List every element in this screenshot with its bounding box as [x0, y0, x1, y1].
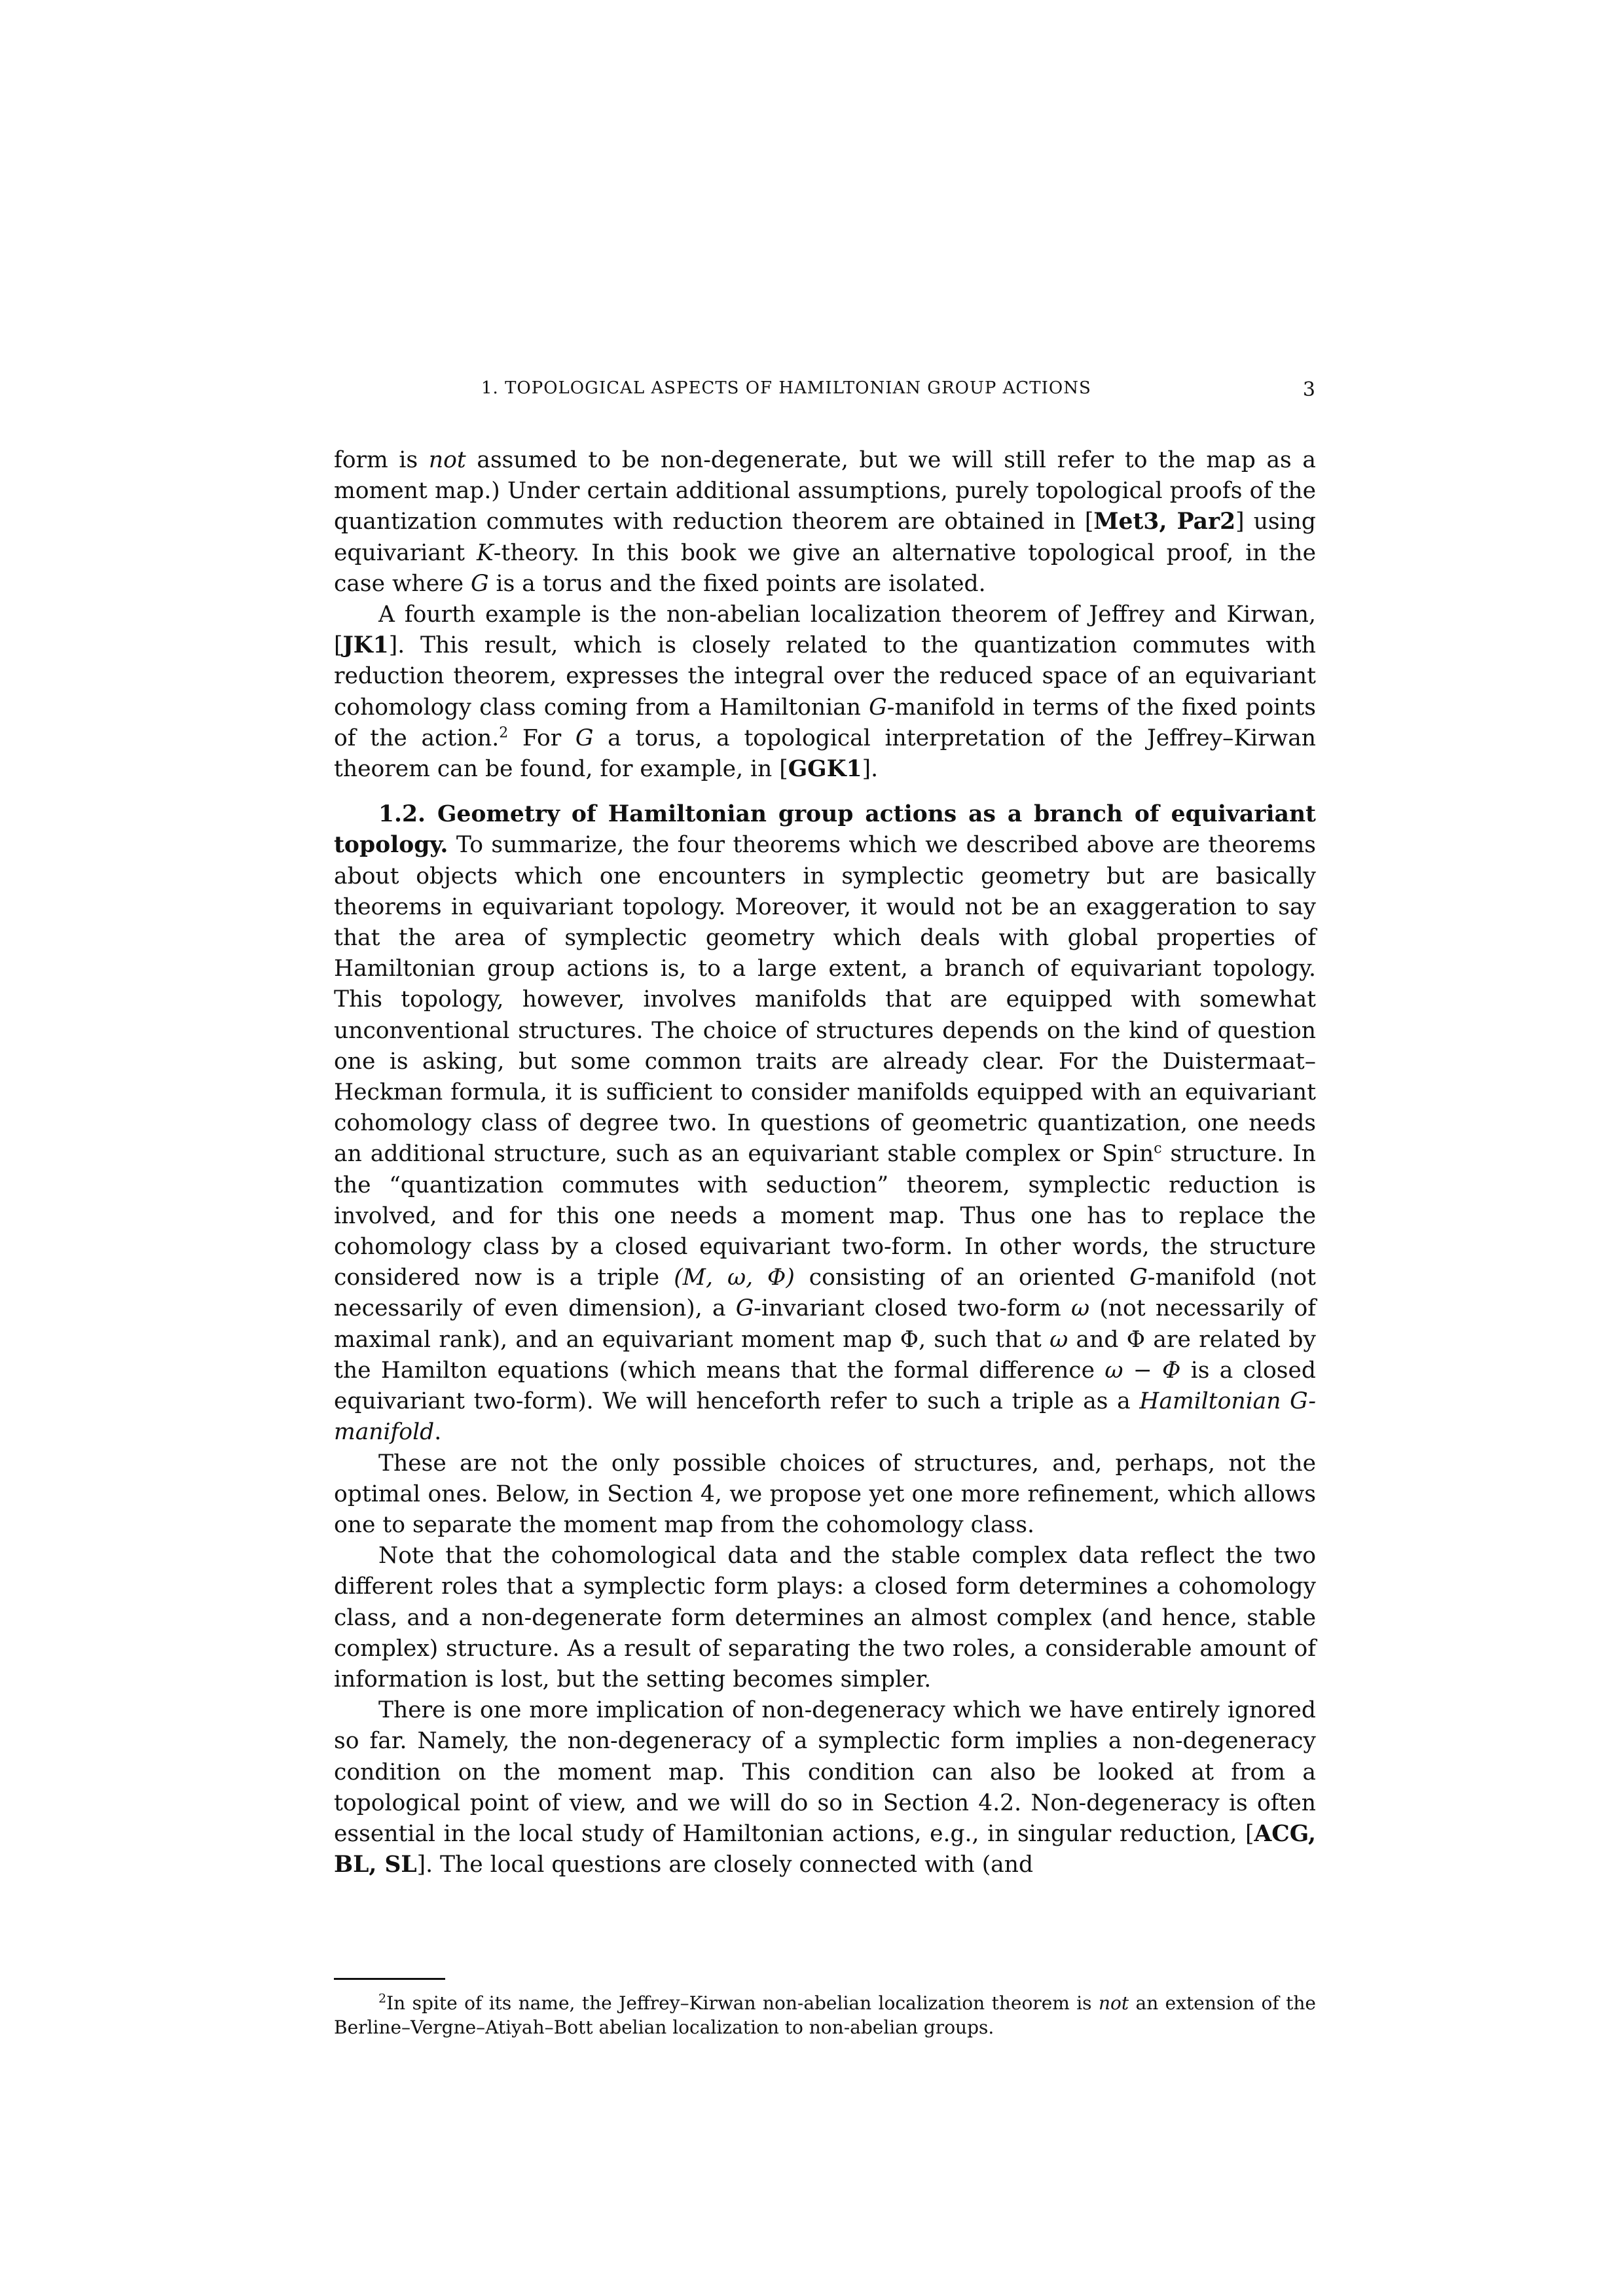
emphasis: not [429, 447, 466, 473]
text: form is [334, 447, 429, 473]
math: ω [1049, 1327, 1068, 1353]
superscript: c [1154, 1141, 1161, 1157]
running-title: 1. TOPOLOGICAL ASPECTS OF HAMILTONIAN GR… [481, 378, 1091, 398]
text: consisting of an oriented [795, 1265, 1130, 1291]
text: ]. [862, 756, 878, 782]
body-text: form is not assumed to be non-degenerate… [334, 445, 1316, 1880]
footnote-number: 2 [378, 1992, 386, 2006]
text: is a torus and the fixed points are isol… [489, 571, 986, 597]
citation[interactable]: GGK1 [788, 756, 862, 782]
paragraph-6: There is one more implication of non-deg… [334, 1695, 1316, 1880]
emphasis: not [1099, 1992, 1129, 2014]
paragraph-1: form is not assumed to be non-degenerate… [334, 445, 1316, 600]
running-header: 1. TOPOLOGICAL ASPECTS OF HAMILTONIAN GR… [334, 378, 1316, 404]
footnote-2: 2In spite of its name, the Jeffrey–Kirwa… [334, 1991, 1316, 2039]
math: ω − Φ [1104, 1357, 1180, 1384]
math: G [575, 725, 594, 751]
text: To summarize, the four theorems which we… [334, 832, 1316, 1167]
footnote: 2In spite of its name, the Jeffrey–Kirwa… [334, 1991, 1316, 2039]
text: In spite of its name, the Jeffrey–Kirwan… [386, 1992, 1099, 2014]
math: (M, ω, Φ) [674, 1265, 795, 1291]
paragraph-2: A fourth example is the non-abelian loca… [334, 600, 1316, 785]
paragraph-3: 1.2. Geometry of Hamiltonian group actio… [334, 799, 1316, 1448]
text: ]. The local questions are closely conne… [417, 1852, 1033, 1878]
math: K [477, 540, 494, 566]
text: There is one more implication of non-deg… [334, 1697, 1316, 1847]
text: -invariant closed two-form [754, 1295, 1071, 1321]
text: . [434, 1419, 441, 1445]
math: G [471, 571, 489, 597]
paragraph-4: These are not the only possible choices … [334, 1448, 1316, 1541]
citation[interactable]: Met3, Par2 [1093, 509, 1235, 535]
paragraph-5: Note that the cohomological data and the… [334, 1541, 1316, 1695]
math: ω [1071, 1295, 1089, 1321]
footnote-divider [334, 1978, 445, 1980]
math: G [869, 694, 887, 721]
footnote-ref[interactable]: 2 [499, 725, 508, 741]
text: For [508, 725, 575, 751]
page-number: 3 [1303, 378, 1316, 401]
citation[interactable]: JK1 [342, 632, 388, 658]
math: G [736, 1295, 754, 1321]
math: G [1129, 1265, 1148, 1291]
